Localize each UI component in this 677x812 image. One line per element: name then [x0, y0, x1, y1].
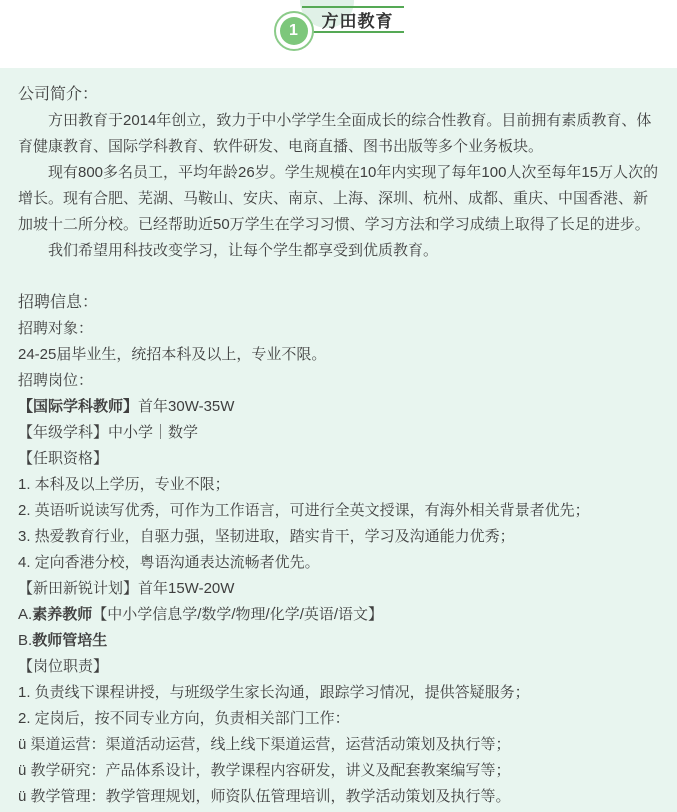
qualification-item: 4. 定向香港分校，粤语沟通表达流畅者优先。 — [18, 550, 659, 576]
badge-number: 1 — [280, 17, 308, 45]
intro-paragraph: 方田教育于2014年创立，致力于中小学学生全面成长的综合性教育。目前拥有素质教育… — [18, 108, 659, 160]
duty-item: 2. 定岗后，按不同专业方向，负责相关部门工作： — [18, 706, 659, 732]
department-item: ü 教学研究：产品体系设计，教学课程内容研发，讲义及配套教案编写等； — [18, 758, 659, 784]
header-title-group: 1 方田教育 — [274, 6, 404, 51]
header: 1 方田教育 — [0, 0, 677, 68]
intro-paragraph: 现有800多名员工，平均年龄26岁。学生规模在10年内实现了每年100人次至每年… — [18, 160, 659, 238]
intro-heading: 公司简介： — [18, 82, 659, 108]
recruit-heading: 招聘信息： — [18, 290, 659, 316]
position-intl-teacher-salary: 首年30W-35W — [138, 398, 234, 415]
recruit-target-label: 招聘对象： — [18, 316, 659, 342]
company-intro-section: 公司简介： 方田教育于2014年创立，致力于中小学学生全面成长的综合性教育。目前… — [18, 82, 659, 264]
page-title: 方田教育 — [302, 6, 404, 33]
intro-paragraph: 我们希望用科技改变学习，让每个学生都享受到优质教育。 — [18, 238, 659, 264]
program-title: 【新田新锐计划】首年15W-20W — [18, 576, 659, 602]
section-number-badge: 1 — [274, 11, 314, 51]
qualifications-label: 【任职资格】 — [18, 446, 659, 472]
recruit-target-value: 24-25届毕业生，统招本科及以上，专业不限。 — [18, 342, 659, 368]
track-b-prefix: B. — [18, 632, 32, 649]
duty-item: 1. 负责线下课程讲授，与班级学生家长沟通，跟踪学习情况，提供答疑服务； — [18, 680, 659, 706]
department-item: ü 渠道运营：渠道活动运营，线上线下渠道运营，运营活动策划及执行等； — [18, 732, 659, 758]
qualification-item: 2. 英语听说读写优秀，可作为工作语言，可进行全英文授课，有海外相关背景者优先； — [18, 498, 659, 524]
qualification-item: 3. 热爱教育行业，自驱力强，坚韧进取，踏实肯干，学习及沟通能力优秀； — [18, 524, 659, 550]
qualification-item: 1. 本科及以上学历，专业不限； — [18, 472, 659, 498]
track-b-line: B.教师管培生 — [18, 628, 659, 654]
track-b-role: 教师管培生 — [32, 632, 107, 649]
track-a-line: A.素养教师【中小学信息学/数学/物理/化学/英语/语文】 — [18, 602, 659, 628]
page: 1 方田教育 公司简介： 方田教育于2014年创立，致力于中小学学生全面成长的综… — [0, 0, 677, 812]
position-intl-teacher-name: 【国际学科教师】 — [18, 398, 138, 415]
grade-subject-line: 【年级学科】中小学｜数学 — [18, 420, 659, 446]
track-a-role: 素养教师 — [32, 606, 92, 623]
track-a-subjects: 【中小学信息学/数学/物理/化学/英语/语文】 — [92, 606, 383, 623]
recruit-positions-label: 招聘岗位： — [18, 368, 659, 394]
content-panel: 公司简介： 方田教育于2014年创立，致力于中小学学生全面成长的综合性教育。目前… — [0, 68, 677, 812]
recruitment-section: 招聘信息： 招聘对象： 24-25届毕业生，统招本科及以上，专业不限。 招聘岗位… — [18, 290, 659, 810]
track-a-prefix: A. — [18, 606, 32, 623]
department-item: ü 教学管理：教学管理规划，师资队伍管理培训，教学活动策划及执行等。 — [18, 784, 659, 810]
duties-label: 【岗位职责】 — [18, 654, 659, 680]
position-intl-teacher: 【国际学科教师】首年30W-35W — [18, 394, 659, 420]
